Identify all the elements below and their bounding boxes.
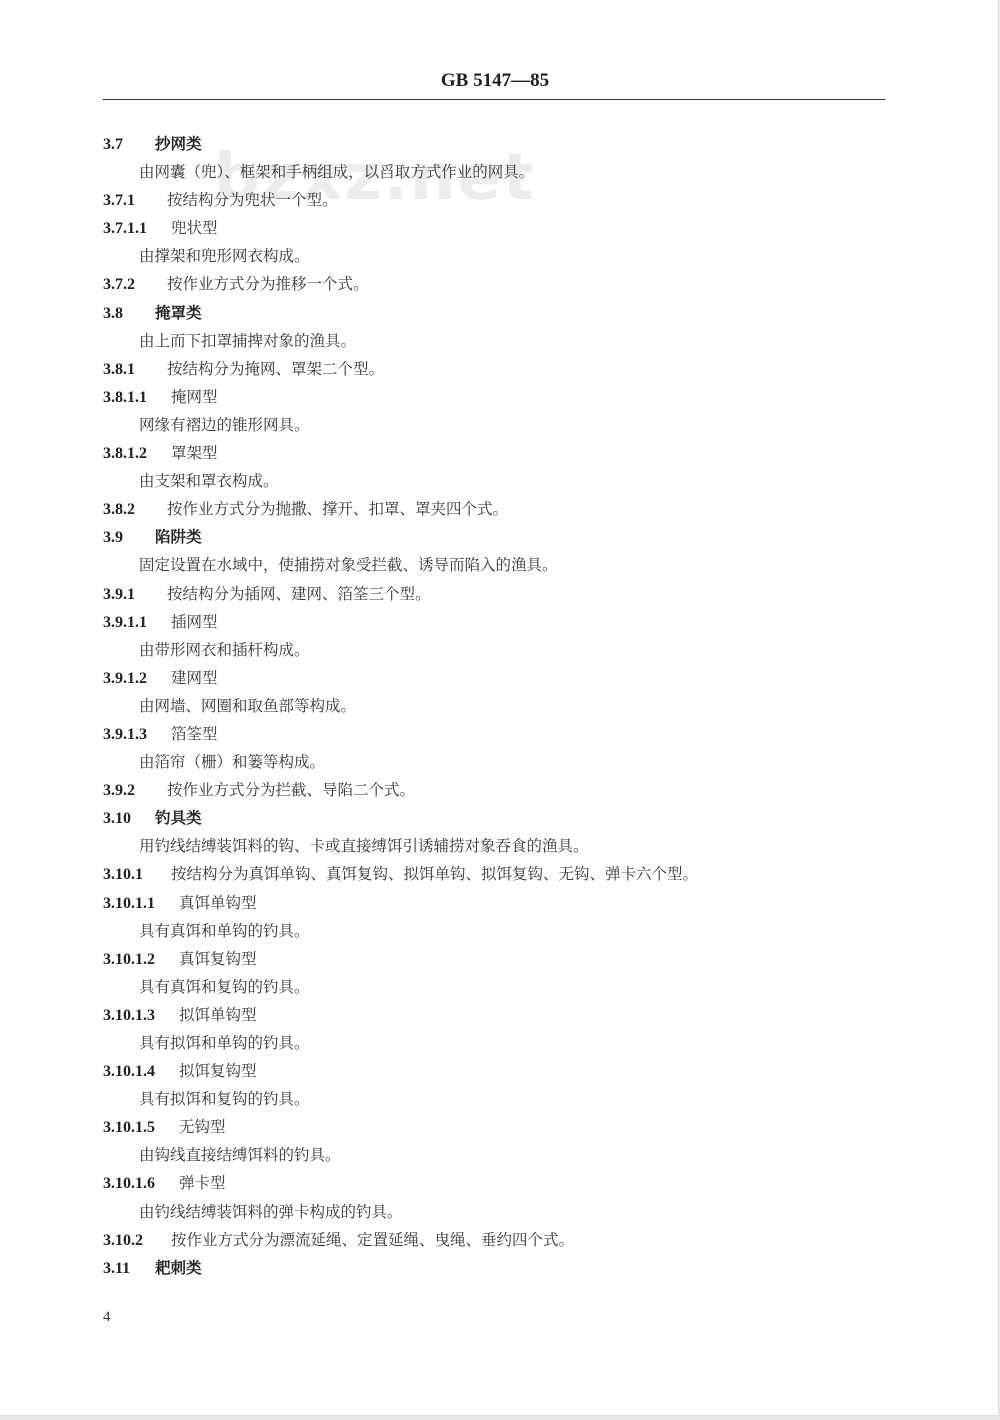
clause-line: 3.8.2按作业方式分为抛撒、撑开、扣罩、罩夹四个式。: [103, 495, 893, 523]
definition-text: 由上而下扣罩捕捭对象的渔具。: [103, 327, 893, 355]
clause-line: 3.9.1.3箔筌型: [103, 720, 893, 748]
definition-text-content: 由网囊（兜）、框架和手柄组成，以舀取方式作业的网具。: [139, 163, 534, 181]
document-body: 3.7抄网类由网囊（兜）、框架和手柄组成，以舀取方式作业的网具。3.7.1按结构…: [103, 130, 893, 1282]
definition-text: 具有拟饵和单钩的钓具。: [103, 1029, 893, 1057]
clause-number: 3.10.1: [103, 861, 171, 889]
clause-number: 3.9.1.2: [103, 665, 171, 693]
clause-line: 3.10.1.3拟饵单钩型: [103, 1001, 893, 1029]
document-page: GB 5147—85 bzxz.net 3.7抄网类由网囊（兜）、框架和手柄组成…: [0, 0, 999, 1416]
clause-line: 3.7.2按作业方式分为推移一个式。: [103, 270, 893, 298]
clause-number: 3.9.2: [103, 777, 167, 805]
section-title: 耙刺类: [155, 1258, 202, 1277]
clause-number: 3.8.1.2: [103, 440, 171, 468]
clause-number: 3.9: [103, 524, 155, 552]
clause-number: 3.10.2: [103, 1227, 171, 1255]
definition-text-content: 具有真饵和单钩的钓具。: [139, 922, 310, 940]
clause-number: 3.7.1: [103, 187, 167, 215]
definition-text-content: 网缘有褶边的锥形网具。: [139, 416, 310, 434]
section-heading: 3.8掩罩类: [103, 299, 893, 327]
definition-text: 网缘有褶边的锥形网具。: [103, 411, 893, 439]
section-title: 抄网类: [155, 134, 202, 153]
clause-text: 插网型: [171, 613, 218, 631]
clause-line: 3.9.1.2建网型: [103, 664, 893, 692]
clause-line: 3.7.1按结构分为兜状一个型。: [103, 186, 893, 214]
clause-number: 3.9.1: [103, 581, 167, 609]
clause-text: 按结构分为真饵单钩、真饵复钩、拟饵单钩、拟饵复钩、无钩、弹卡六个型。: [171, 865, 698, 883]
page-number: 4: [103, 1309, 111, 1326]
section-heading: 3.11耙刺类: [103, 1254, 893, 1282]
definition-text: 由支架和罩衣构成。: [103, 467, 893, 495]
clause-number: 3.7.1.1: [103, 215, 171, 243]
clause-text: 按结构分为兜状一个型。: [167, 191, 338, 209]
clause-text: 按作业方式分为漂流延绳、定置延绳、曳绳、垂约四个式。: [171, 1231, 574, 1249]
clause-number: 3.10.1.2: [103, 946, 179, 974]
clause-line: 3.10.1.4拟饵复钩型: [103, 1057, 893, 1085]
clause-number: 3.10.1.6: [103, 1170, 179, 1198]
definition-text: 由箔帘（栅）和篓等构成。: [103, 748, 893, 776]
section-title: 钓具类: [155, 808, 202, 827]
clause-number: 3.7.2: [103, 271, 167, 299]
header-divider: [103, 99, 885, 100]
definition-text: 由网囊（兜）、框架和手柄组成，以舀取方式作业的网具。: [103, 158, 893, 186]
clause-line: 3.9.1按结构分为插网、建网、箔筌三个型。: [103, 580, 893, 608]
clause-line: 3.8.1.1掩网型: [103, 383, 893, 411]
clause-line: 3.10.1.5无钩型: [103, 1113, 893, 1141]
clause-text: 真饵单钩型: [179, 894, 257, 912]
clause-line: 3.9.1.1插网型: [103, 608, 893, 636]
section-title: 掩罩类: [155, 303, 202, 322]
definition-text-content: 由钩线直接结缚饵料的钓具。: [139, 1146, 341, 1164]
clause-text: 拟饵复钩型: [179, 1062, 257, 1080]
definition-text-content: 具有真饵和复钩的钓具。: [139, 978, 310, 996]
definition-text-content: 固定设置在水域中，使捕捞对象受拦截、诱导而陷入的渔具。: [139, 556, 558, 574]
section-heading: 3.9陷阱类: [103, 523, 893, 551]
definition-text-content: 具有拟饵和单钩的钓具。: [139, 1034, 310, 1052]
definition-text: 具有真饵和复钩的钓具。: [103, 973, 893, 1001]
clause-line: 3.10.2按作业方式分为漂流延绳、定置延绳、曳绳、垂约四个式。: [103, 1226, 893, 1254]
clause-number: 3.10: [103, 805, 155, 833]
definition-text-content: 由钓线结缚装饵料的弹卡构成的钓具。: [139, 1203, 403, 1221]
clause-line: 3.9.2按作业方式分为拦截、导陷二个式。: [103, 776, 893, 804]
clause-line: 3.7.1.1兜状型: [103, 214, 893, 242]
definition-text-content: 用钓线结缚装饵料的钩、卡或直接缚饵引诱辅捞对象吞食的渔具。: [139, 837, 589, 855]
clause-line: 3.10.1.1真饵单钩型: [103, 889, 893, 917]
definition-text-content: 由撑架和兜形网衣构成。: [139, 247, 310, 265]
section-title: 陷阱类: [155, 527, 202, 546]
definition-text-content: 由上而下扣罩捕捭对象的渔具。: [139, 332, 356, 350]
clause-text: 弹卡型: [179, 1174, 226, 1192]
clause-text: 建网型: [171, 669, 218, 687]
clause-text: 按作业方式分为拦截、导陷二个式。: [167, 781, 415, 799]
clause-text: 按作业方式分为抛撒、撑开、扣罩、罩夹四个式。: [167, 500, 508, 518]
clause-text: 罩架型: [171, 444, 218, 462]
clause-text: 兜状型: [171, 219, 218, 237]
clause-text: 按作业方式分为推移一个式。: [167, 275, 369, 293]
definition-text: 由撑架和兜形网衣构成。: [103, 242, 893, 270]
definition-text: 用钓线结缚装饵料的钩、卡或直接缚饵引诱辅捞对象吞食的渔具。: [103, 832, 893, 860]
definition-text: 具有拟饵和复钩的钓具。: [103, 1085, 893, 1113]
clause-line: 3.8.1按结构分为掩网、罩架二个型。: [103, 355, 893, 383]
definition-text: 由钩线直接结缚饵料的钓具。: [103, 1141, 893, 1169]
clause-number: 3.11: [103, 1255, 155, 1283]
definition-text: 由钓线结缚装饵料的弹卡构成的钓具。: [103, 1198, 893, 1226]
clause-number: 3.8.2: [103, 496, 167, 524]
clause-text: 无钩型: [179, 1118, 226, 1136]
definition-text-content: 由箔帘（栅）和篓等构成。: [139, 753, 325, 771]
clause-text: 按结构分为插网、建网、箔筌三个型。: [167, 585, 431, 603]
definition-text: 固定设置在水域中，使捕捞对象受拦截、诱导而陷入的渔具。: [103, 551, 893, 579]
clause-line: 3.10.1.2真饵复钩型: [103, 945, 893, 973]
clause-number: 3.8.1.1: [103, 384, 171, 412]
standard-number-header: GB 5147—85: [0, 70, 990, 92]
clause-line: 3.10.1按结构分为真饵单钩、真饵复钩、拟饵单钩、拟饵复钩、无钩、弹卡六个型。: [103, 860, 893, 888]
clause-text: 箔筌型: [171, 725, 218, 743]
clause-line: 3.10.1.6弹卡型: [103, 1169, 893, 1197]
clause-number: 3.10.1.4: [103, 1058, 179, 1086]
clause-number: 3.10.1.3: [103, 1002, 179, 1030]
clause-text: 拟饵单钩型: [179, 1006, 257, 1024]
clause-number: 3.10.1.5: [103, 1114, 179, 1142]
clause-line: 3.8.1.2罩架型: [103, 439, 893, 467]
section-heading: 3.7抄网类: [103, 130, 893, 158]
section-heading: 3.10钓具类: [103, 804, 893, 832]
clause-number: 3.10.1.1: [103, 890, 179, 918]
definition-text: 由带形网衣和插杆构成。: [103, 636, 893, 664]
clause-number: 3.9.1.3: [103, 721, 171, 749]
definition-text: 具有真饵和单钩的钓具。: [103, 917, 893, 945]
definition-text-content: 具有拟饵和复钩的钓具。: [139, 1090, 310, 1108]
clause-number: 3.8: [103, 300, 155, 328]
clause-number: 3.8.1: [103, 356, 167, 384]
clause-text: 真饵复钩型: [179, 950, 257, 968]
definition-text-content: 由支架和罩衣构成。: [139, 472, 279, 490]
clause-number: 3.7: [103, 131, 155, 159]
clause-text: 按结构分为掩网、罩架二个型。: [167, 360, 384, 378]
clause-text: 掩网型: [171, 388, 218, 406]
definition-text-content: 由带形网衣和插杆构成。: [139, 641, 310, 659]
definition-text: 由网墙、网圈和取鱼部等构成。: [103, 692, 893, 720]
clause-number: 3.9.1.1: [103, 609, 171, 637]
definition-text-content: 由网墙、网圈和取鱼部等构成。: [139, 697, 356, 715]
